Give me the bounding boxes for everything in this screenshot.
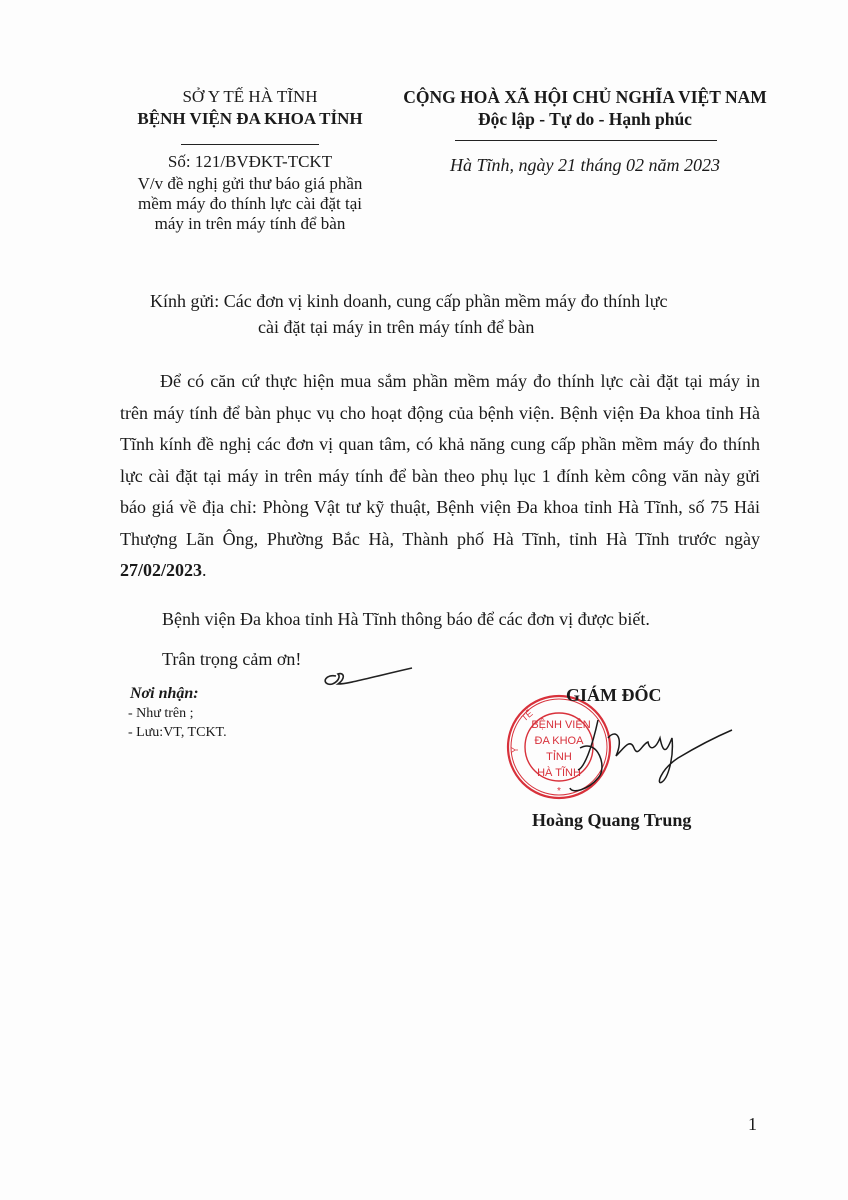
signatory-title: GIÁM ĐỐC xyxy=(566,685,662,706)
svg-text:*: * xyxy=(557,786,561,797)
paragraph-text: Để có căn cứ thực hiện mua sắm phần mềm … xyxy=(120,371,760,549)
agency-name: SỞ Y TẾ HÀ TĨNH xyxy=(100,86,400,108)
paragraph-end: . xyxy=(202,560,207,580)
place-date: Hà Tĩnh, ngày 21 tháng 02 năm 2023 xyxy=(380,155,790,176)
body-paragraph: Để có căn cứ thực hiện mua sắm phần mềm … xyxy=(120,366,760,587)
national-header: CỘNG HOÀ XÃ HỘI CHỦ NGHĨA VIỆT NAM Độc l… xyxy=(380,86,790,130)
national-motto: Độc lập - Tự do - Hạnh phúc xyxy=(380,108,790,130)
subject-line: mềm máy đo thính lực cài đặt tại xyxy=(100,194,400,214)
subject-line: V/v đề nghị gửi thư báo giá phần xyxy=(100,174,400,194)
header-left-divider xyxy=(181,144,319,145)
addressee-line: cài đặt tại máy in trên máy tính để bàn xyxy=(150,314,790,340)
recipient-item: - Như trên ; xyxy=(128,706,194,722)
notice-paragraph: Bệnh viện Đa khoa tỉnh Hà Tĩnh thông báo… xyxy=(162,609,650,630)
signature-icon xyxy=(568,708,733,798)
addressee: Kính gửi: Các đơn vị kinh doanh, cung cấ… xyxy=(150,288,790,340)
initial-mark-icon xyxy=(318,664,414,692)
document-number: Số: 121/BVĐKT-TCKT xyxy=(100,152,400,172)
issuing-agency-header: SỞ Y TẾ HÀ TĨNH BỆNH VIỆN ĐA KHOA TỈNH xyxy=(100,86,400,130)
addressee-line: Kính gửi: Các đơn vị kinh doanh, cung cấ… xyxy=(150,291,667,311)
svg-text:Y: Y xyxy=(510,747,520,753)
header-right-divider xyxy=(455,140,717,141)
closing-line: Trân trọng cảm ơn! xyxy=(162,649,301,670)
document-subject: V/v đề nghị gửi thư báo giá phần mềm máy… xyxy=(100,174,400,234)
deadline-date: 27/02/2023 xyxy=(120,560,202,580)
recipient-item: - Lưu:VT, TCKT. xyxy=(128,725,227,741)
subject-line: máy in trên máy tính để bàn xyxy=(100,214,400,234)
signatory-name: Hoàng Quang Trung xyxy=(532,810,691,831)
page-number: 1 xyxy=(748,1114,757,1135)
country-name: CỘNG HOÀ XÃ HỘI CHỦ NGHĨA VIỆT NAM xyxy=(380,86,790,108)
organization-name: BỆNH VIỆN ĐA KHOA TỈNH xyxy=(100,108,400,130)
recipients-title: Nơi nhận: xyxy=(130,685,199,703)
